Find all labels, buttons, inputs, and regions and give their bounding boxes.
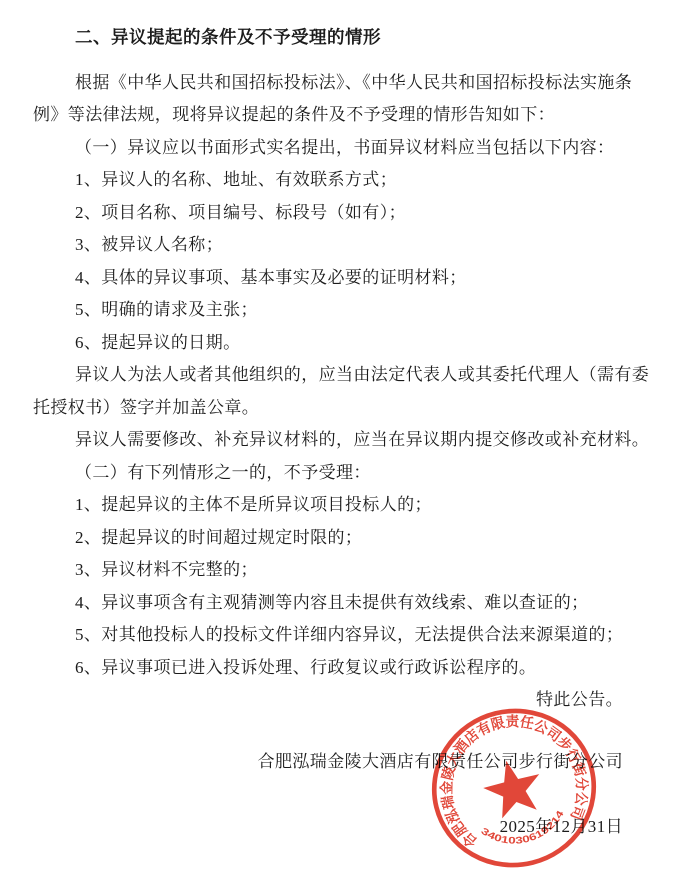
section-title: 二、异议提起的条件及不予受理的情形 [33, 21, 623, 54]
body-line: 1、异议人的名称、地址、有效联系方式； [33, 164, 623, 197]
body-line: 2、项目名称、项目编号、标段号（如有）； [33, 197, 623, 230]
body-line: 3、异议材料不完整的； [33, 554, 623, 587]
body-line: 4、异议事项含有主观猜测等内容且未提供有效线索、难以查证的； [33, 587, 623, 620]
signature-date: 2025年12月31日 [33, 811, 623, 844]
body-line: 托授权书）签字并加盖公章。 [33, 392, 623, 425]
body-line: 异议人需要修改、补充异议材料的，应当在异议期内提交修改或补充材料。 [33, 424, 623, 457]
body-line: 例》等法律法规，现将异议提起的条件及不予受理的情形告知如下： [33, 99, 623, 132]
closing-phrase: 特此公告。 [33, 684, 623, 717]
body-line: 2、提起异议的时间超过规定时限的； [33, 522, 623, 555]
body-line: 6、提起异议的日期。 [33, 327, 623, 360]
signature-company: 合肥泓瑞金陵大酒店有限责任公司步行街分公司 [33, 746, 623, 779]
body-line: 5、明确的请求及主张； [33, 294, 623, 327]
body-line: （一）异议应以书面形式实名提出，书面异议材料应当包括以下内容： [33, 132, 623, 165]
body-line: 根据《中华人民共和国招标投标法》、《中华人民共和国招标投标法实施条 [33, 67, 623, 100]
announcement-page: 二、异议提起的条件及不予受理的情形 根据《中华人民共和国招标投标法》、《中华人民… [0, 0, 694, 891]
body-line: 异议人为法人或者其他组织的，应当由法定代表人或其委托代理人（需有委 [33, 359, 623, 392]
body-line: 4、具体的异议事项、基本事实及必要的证明材料； [33, 262, 623, 295]
body-line: 3、被异议人名称； [33, 229, 623, 262]
body-line: （二）有下列情形之一的，不予受理： [33, 457, 623, 490]
document-body: 二、异议提起的条件及不予受理的情形 根据《中华人民共和国招标投标法》、《中华人民… [0, 0, 694, 844]
body-line: 1、提起异议的主体不是所异议项目投标人的； [33, 489, 623, 522]
body-line: 5、对其他投标人的投标文件详细内容异议，无法提供合法来源渠道的； [33, 619, 623, 652]
body-line: 6、异议事项已进入投诉处理、行政复议或行政诉讼程序的。 [33, 652, 623, 685]
